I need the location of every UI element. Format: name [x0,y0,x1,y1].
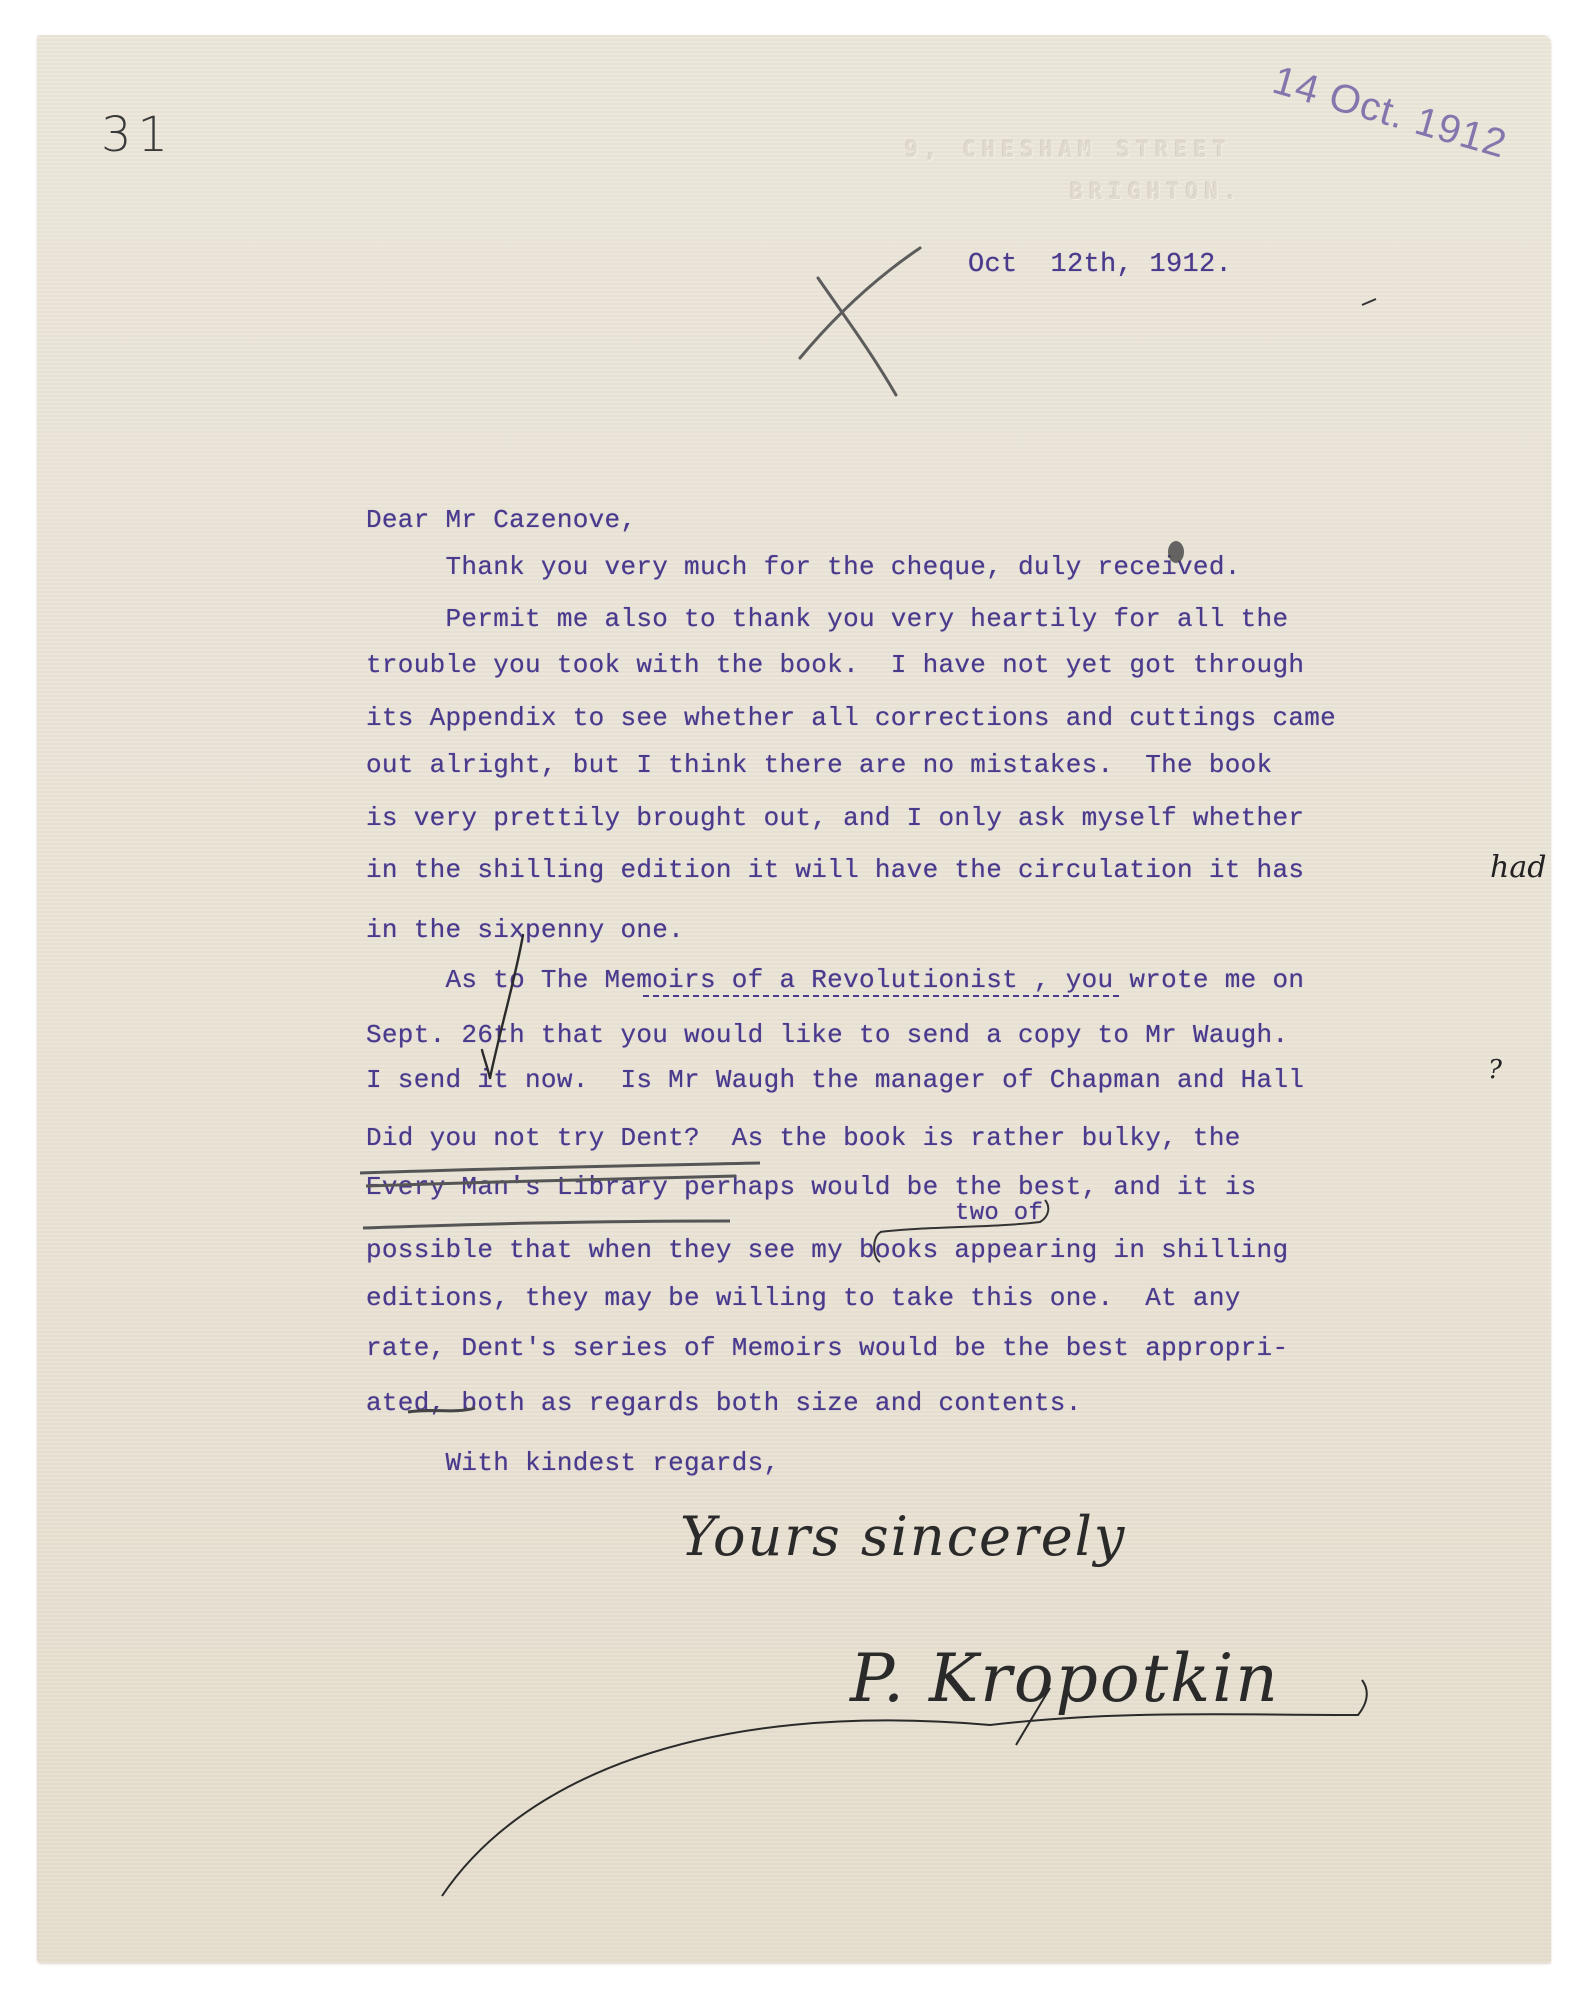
body-line: I send it now. Is Mr Waugh the manager o… [366,1065,1304,1095]
body-line: As to The Memoirs of a Revolutionist , y… [366,965,1304,995]
body-line: in the sixpenny one. [366,915,684,945]
body-line: Did you not try Dent? As the book is rat… [366,1123,1241,1153]
body-line: rate, Dent's series of Memoirs would be … [366,1333,1288,1363]
body-line: its Appendix to see whether all correcti… [366,703,1336,733]
body-line: Sept. 26th that you would like to send a… [366,1020,1288,1050]
letter-date: Oct 12th, 1912. [968,250,1232,280]
folio-number: 31 [101,107,174,163]
body-line: ated, both as regards both size and cont… [366,1388,1082,1418]
body-line: Permit me also to thank you very heartil… [366,604,1288,634]
annotation-question-mark: ? [1488,1055,1502,1085]
body-line: out alright, but I think there are no mi… [366,750,1272,780]
letterhead-town: BRIGHTON. [1070,180,1243,205]
closing-yours-sincerely: Yours sincerely [680,1505,1126,1568]
body-line: Thank you very much for the cheque, duly… [366,552,1241,582]
correction-had: had [1490,850,1546,885]
body-line: editions, they may be willing to take th… [366,1283,1241,1313]
body-line: Every Man's Library perhaps would be the… [366,1172,1257,1202]
body-line: is very prettily brought out, and I only… [366,803,1304,833]
salutation: Dear Mr Cazenove, [366,505,636,535]
insertion-two-of: two of [955,1200,1043,1227]
body-line: trouble you took with the book. I have n… [366,650,1304,680]
body-line: With kindest regards, [366,1448,779,1478]
letter-sheet: 31 [37,35,1551,1963]
signature-kropotkin: P. Kropotkin [850,1640,1280,1717]
body-line: in the shilling edition it will have the… [366,855,1304,885]
letterhead-street: 9, CHESHAM STREET [905,138,1232,163]
body-line: possible that when they see my books app… [366,1235,1288,1265]
